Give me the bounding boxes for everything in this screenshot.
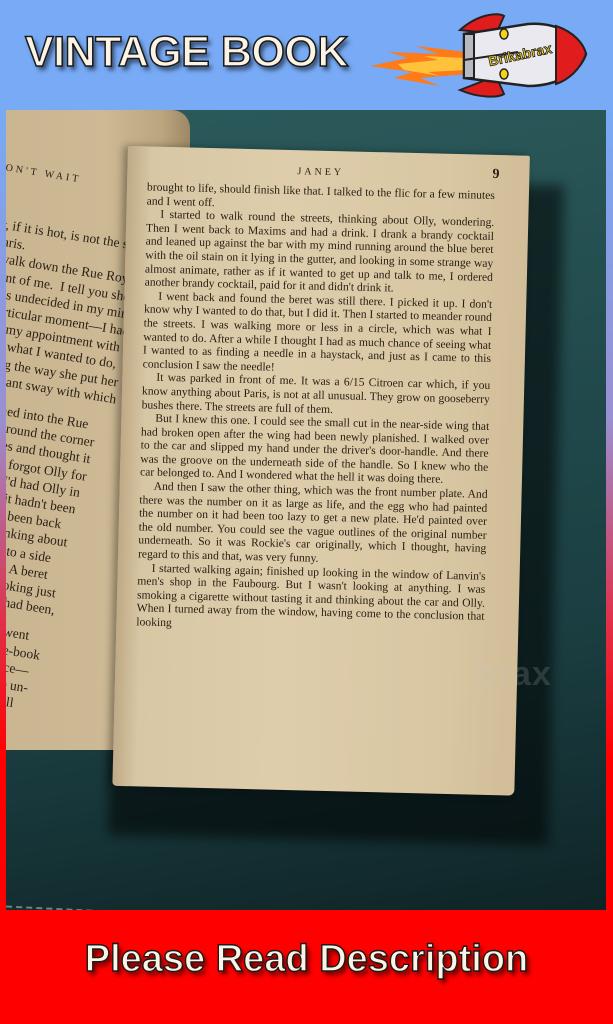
footer-notice: Please Read Description [0,938,613,981]
paragraph: But I knew this one. I could see the sma… [140,412,490,488]
banner-title: VINTAGE BOOK [25,28,348,77]
paragraph: I went back and found the beret was stil… [143,289,493,379]
book-photo: WON'T WAIT July, if it is hot, is not th… [6,110,606,910]
paragraph: And then I saw the other thing, which wa… [138,479,488,569]
right-running-head: JANEY [297,166,344,178]
watermark: brax [476,655,552,694]
right-page-header: JANEY 9 [128,162,530,172]
table-stitching [6,905,606,910]
paragraph: I started to walk round the streets, thi… [145,208,495,298]
rocket-icon: Brikabrax [368,12,590,98]
page-number: 9 [492,167,499,183]
paragraph: I started walking again; finished up loo… [136,561,486,637]
right-page-text: brought to life, should finish like that… [136,180,495,637]
right-page: JANEY 9 brought to life, should finish l… [112,146,530,796]
